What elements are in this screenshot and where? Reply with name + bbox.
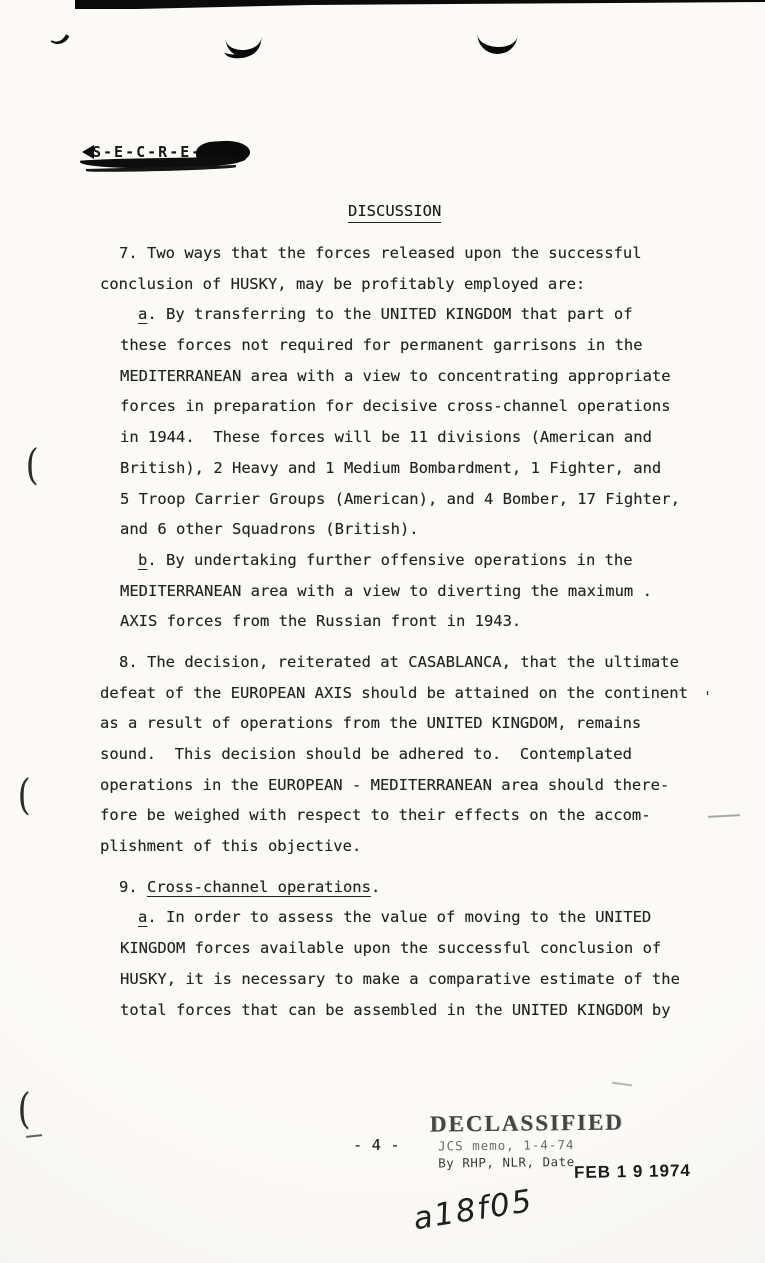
smudge-mark-lower: [612, 1082, 632, 1087]
smudge-mark-right: [708, 814, 740, 818]
text-line: and 6 other Squadrons (British).: [120, 514, 700, 545]
text-line: 8. The decision, reiterated at CASABLANC…: [119, 647, 700, 678]
text-line: sound. This decision should be adhered t…: [100, 739, 700, 770]
text-line: MEDITERRANEAN area with a view to concen…: [120, 361, 700, 392]
discussion-heading: DISCUSSION: [348, 202, 441, 223]
text-line: these forces not required for permanent …: [120, 330, 700, 361]
text-line: a. By transferring to the UNITED KINGDOM…: [138, 299, 700, 330]
page-number: - 4 -: [353, 1136, 400, 1154]
text-line: HUSKY, it is necessary to make a compara…: [120, 964, 700, 995]
text-line: as a result of operations from the UNITE…: [100, 708, 700, 739]
text-line: AXIS forces from the Russian front in 19…: [120, 606, 700, 637]
margin-paren-mark-3: (: [18, 1084, 31, 1133]
text-line: 9. Cross-channel operations.: [119, 872, 700, 903]
margin-paren-mark-1: (: [26, 440, 39, 489]
scanned-document-page: S-E-C-R-E-T DISCUSSION 7. Two ways that …: [0, 0, 765, 1263]
date-stamp: FEB 1 9 1974: [574, 1161, 691, 1183]
text-line: 5 Troop Carrier Groups (American), and 4…: [120, 484, 700, 515]
text-line: forces in preparation for decisive cross…: [120, 391, 700, 422]
secret-classification-stamp: S-E-C-R-E-T: [84, 141, 246, 175]
crescent-mark-right: [476, 32, 517, 55]
margin-paren-mark-2: (: [18, 770, 31, 819]
text-line: 7. Two ways that the forces released upo…: [119, 238, 700, 269]
document-body: 7. Two ways that the forces released upo…: [100, 238, 700, 1025]
stray-apostrophe-mark: ': [703, 688, 712, 706]
paragraph: 8. The decision, reiterated at CASABLANC…: [100, 647, 700, 862]
text-line: KINGDOM forces available upon the succes…: [120, 933, 700, 964]
declassified-stamp-memo-line: JCS memo, 1-4-74: [438, 1135, 730, 1153]
text-line: total forces that can be assembled in th…: [120, 995, 700, 1026]
stamp-left-arrow-mark: [82, 145, 94, 159]
text-line: conclusion of HUSKY, may be profitably e…: [100, 269, 700, 300]
paragraph: a. By transferring to the UNITED KINGDOM…: [100, 299, 700, 545]
declassified-stamp-title: DECLASSIFIED: [430, 1108, 730, 1137]
text-line: a. In order to assess the value of movin…: [138, 902, 700, 933]
text-line: plishment of this objective.: [100, 831, 700, 862]
paragraph: b. By undertaking further offensive oper…: [100, 545, 700, 637]
scan-edge-artifact: [75, 0, 765, 9]
margin-pen-tail-mark: [26, 1131, 42, 1138]
handwritten-note: a18f05: [411, 1183, 536, 1237]
text-line: in 1944. These forces will be 11 divisio…: [120, 422, 700, 453]
text-line: MEDITERRANEAN area with a view to divert…: [120, 576, 700, 607]
paragraph: 7. Two ways that the forces released upo…: [100, 238, 700, 299]
crescent-mark-left: [225, 35, 262, 58]
ink-speck-mark: [51, 30, 70, 49]
text-line: b. By undertaking further offensive oper…: [138, 545, 700, 576]
text-line: operations in the EUROPEAN - MEDITERRANE…: [100, 770, 700, 801]
text-line: British), 2 Heavy and 1 Medium Bombardme…: [120, 453, 700, 484]
paragraph: 9. Cross-channel operations.a. In order …: [100, 872, 700, 1025]
text-line: defeat of the EUROPEAN AXIS should be at…: [100, 678, 700, 709]
text-line: fore be weighed with respect to their ef…: [100, 800, 700, 831]
